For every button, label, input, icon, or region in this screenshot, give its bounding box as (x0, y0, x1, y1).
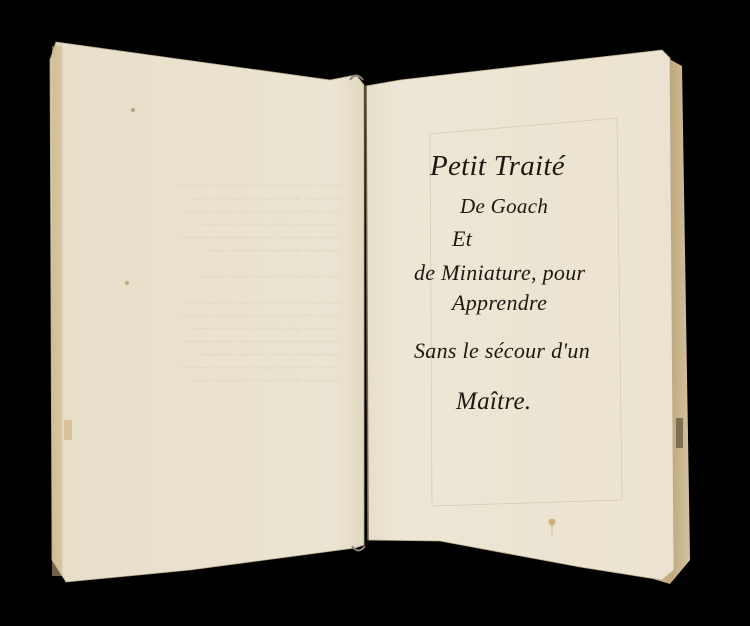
title-line: De Goach (460, 194, 548, 219)
edge-mark (676, 418, 683, 448)
title-line: Petit Traité (430, 150, 565, 183)
stain (125, 281, 129, 285)
title-line: Sans le sécour d'un (414, 338, 590, 364)
left-page (50, 42, 364, 582)
stain (131, 108, 135, 112)
left-page-edge (52, 46, 62, 576)
title-line: de Miniature, pour (414, 260, 585, 286)
manuscript-title: Petit Traité De Goach Et de Miniature, p… (400, 150, 640, 440)
title-line: Apprendre (452, 290, 547, 316)
photo-stage: ~~~~ ~~~~~~ ~~~ ~~~~~~~ ~~~~~ ~~~~~~ ~~~… (0, 0, 750, 626)
title-line: Et (452, 226, 472, 252)
title-line: Maître. (456, 388, 531, 416)
stain (549, 519, 556, 526)
edge-mark (64, 420, 72, 440)
